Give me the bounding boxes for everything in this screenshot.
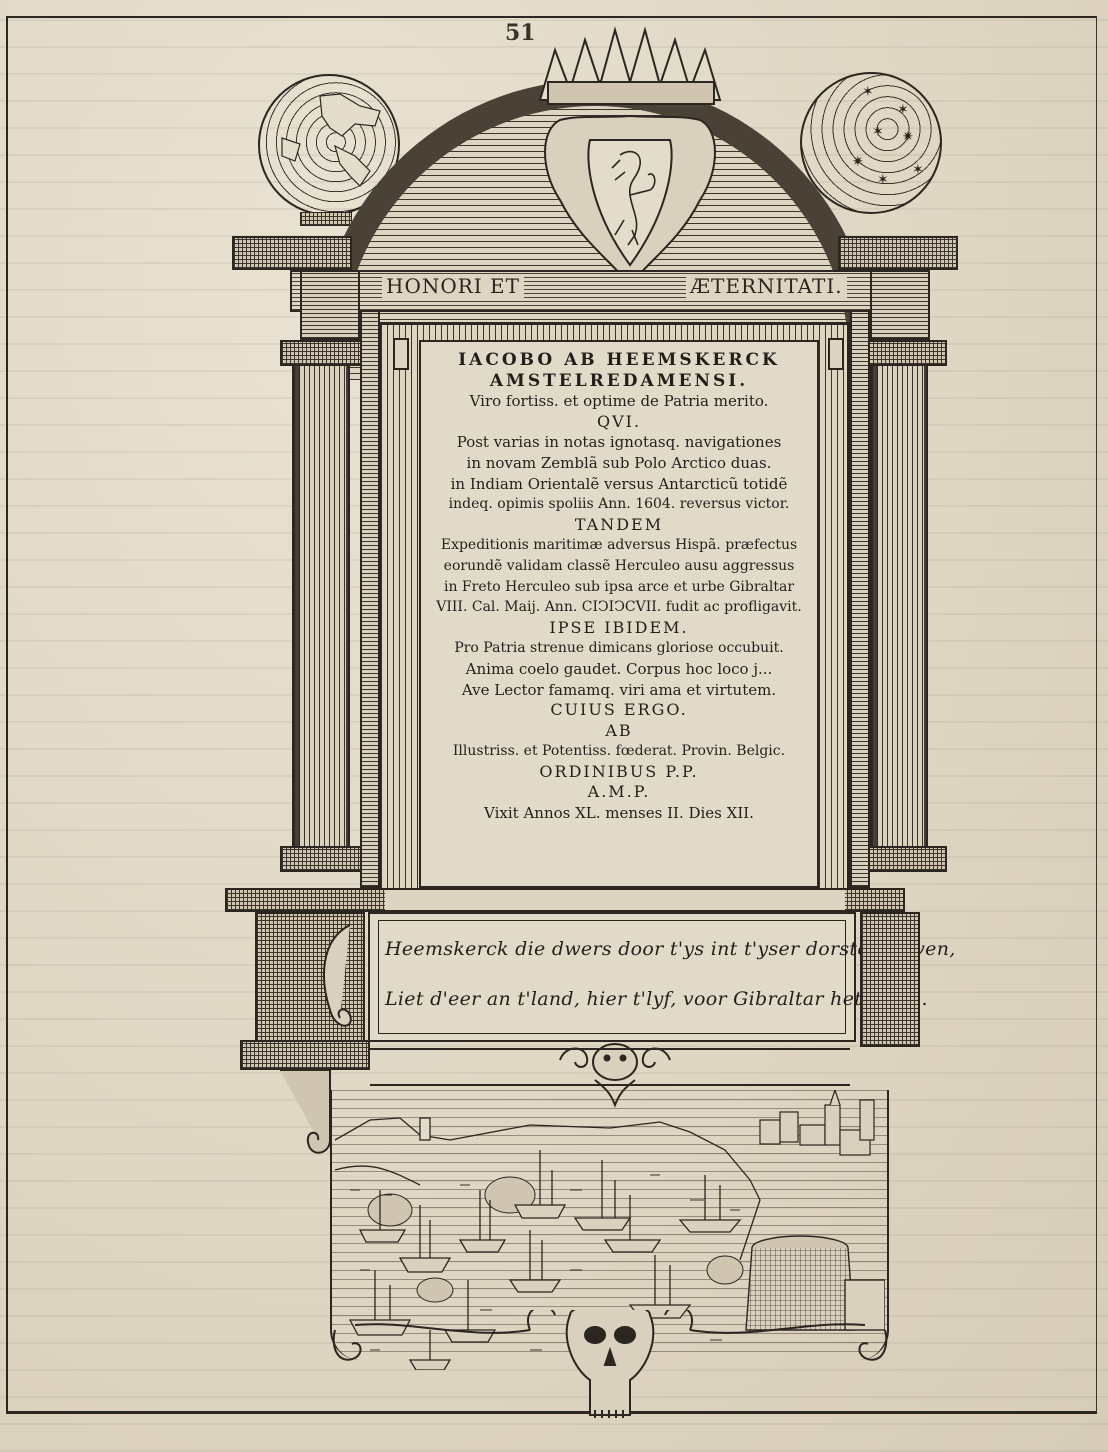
inscription-line: Ave Lector famamq. viri ama et virtutem. xyxy=(419,680,819,701)
star-icon: ✷ xyxy=(902,129,914,145)
right-cornice xyxy=(838,236,958,270)
inscription-line: VIII. Cal. Maij. Ann. CIↃIↃCVII. fudit a… xyxy=(419,597,819,618)
panel-notch-left xyxy=(393,338,409,370)
left-lower-block xyxy=(240,1040,370,1070)
ledge-molding xyxy=(385,888,845,912)
entablature-right-text: ÆTERNITATI. xyxy=(686,274,847,298)
inscription-line: in Indiam Orientalẽ versus Antarcticũ to… xyxy=(419,474,819,495)
inscription-line: in Freto Herculeo sub ipsa arce et urbe … xyxy=(419,577,819,598)
right-frieze-block xyxy=(870,270,930,340)
star-icon: ✶ xyxy=(862,84,874,100)
right-column xyxy=(870,366,928,846)
divider-line xyxy=(370,1084,850,1086)
star-icon: ✶ xyxy=(912,162,924,178)
inscription-line: eorundẽ validam classẽ Herculeo ausu agg… xyxy=(419,556,819,577)
star-icon: ✶ xyxy=(897,102,909,118)
inscription-line: Expeditionis maritimæ adversus Hispã. pr… xyxy=(419,535,819,556)
inscription-line: Post varias in notas ignotasq. navigatio… xyxy=(419,432,819,453)
left-column-base xyxy=(280,846,372,872)
entablature-left-text: HONORI ET xyxy=(382,274,524,298)
inscription-line: Vixit Annos XL. menses II. Dies XII. xyxy=(419,803,819,824)
scroll-icon xyxy=(300,920,360,1040)
left-column xyxy=(292,366,350,846)
skull-cartouche-icon xyxy=(330,1310,890,1450)
inscription-line: indeq. opimis spoliis Ann. 1604. reversu… xyxy=(419,494,819,515)
panel-notch-right xyxy=(828,338,844,370)
inscription-line: AB xyxy=(419,721,819,742)
inscription-line: TANDEM xyxy=(419,515,819,536)
left-pilaster xyxy=(360,310,380,888)
star-icon: ✶ xyxy=(877,172,889,188)
inscription-line: A.M.P. xyxy=(419,782,819,803)
inscription-line: CUIUS ERGO. xyxy=(419,700,819,721)
inscription-line: in novam Zemblã sub Polo Arctico duas. xyxy=(419,453,819,474)
inscription-line: Pro Patria strenue dimicans gloriose occ… xyxy=(419,638,819,659)
inscription-line: Illustriss. et Potentiss. fœderat. Provi… xyxy=(419,741,819,762)
globe-pedestal-left xyxy=(300,212,352,226)
star-icon: ✶ xyxy=(872,124,884,140)
crowned-crest xyxy=(520,20,740,310)
inscription-line: ORDINIBUS P.P. xyxy=(419,762,819,783)
right-bracket-with-face xyxy=(860,912,920,1047)
poem-line-2: Liet d'eer an t'land, hier t'lyf, voor G… xyxy=(385,988,928,1010)
town-icon xyxy=(760,1090,874,1155)
inscription-text: IACOBO AB HEEMSKERCK AMSTELREDAMENSI. Vi… xyxy=(419,350,819,824)
left-capital xyxy=(280,340,372,366)
divider-line xyxy=(370,1048,850,1050)
inscription-line: QVI. xyxy=(419,412,819,433)
inscription-line: AMSTELREDAMENSI. xyxy=(419,371,819,392)
left-cornice xyxy=(232,236,352,270)
celestial-globe: ✶ ✶ ✶ ✷ ✷ ✶ ✶ xyxy=(800,72,942,214)
inscription-line: Anima coelo gaudet. Corpus hoc loco j... xyxy=(419,659,819,680)
inscription-line: IACOBO AB HEEMSKERCK xyxy=(419,350,819,371)
skull-icon xyxy=(567,1310,653,1418)
inscription-line: IPSE IBIDEM. xyxy=(419,618,819,639)
inscription-line: Viro fortiss. et optime de Patria merito… xyxy=(419,391,819,412)
star-icon: ✷ xyxy=(852,154,864,170)
right-pilaster xyxy=(850,310,870,888)
left-frieze-block xyxy=(300,270,360,340)
